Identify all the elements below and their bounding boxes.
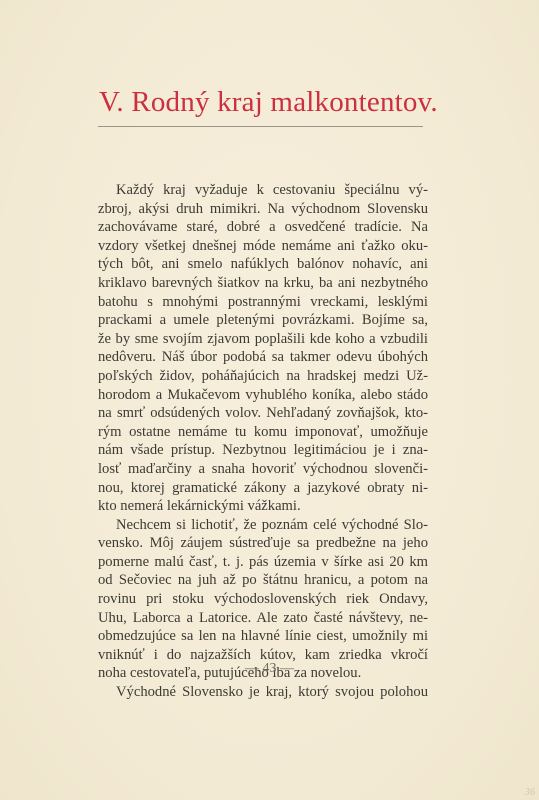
text-line: vzdory všetkej dnešnej móde nemáme ani ť… [98, 237, 428, 256]
body-text: Každý kraj vyžaduje k cestovaniu špeciál… [98, 181, 428, 702]
text-line: prackami a umele pletenými povrázkami. B… [98, 311, 428, 330]
text-line: kriklavo barevných šiatkov na krku, ba a… [98, 274, 428, 293]
text-line: nedôveru. Náš úbor podobá sa takmer odev… [98, 348, 428, 367]
chapter-title: V. Rodný kraj malkontentov. [99, 84, 439, 120]
title-divider [98, 126, 423, 127]
text-line: zachovávame staré, dobré a osvedčené tra… [98, 218, 428, 237]
text-line: Uhu, Laborca a Latorice. Ale zato časté … [98, 609, 428, 628]
paragraph-2: Nechcem si lichotiť, že poznám celé vých… [98, 516, 428, 683]
text-line: obmedzujúce sa len na hlavné línie ciest… [98, 627, 428, 646]
text-line: kto nemerá lekárnickými vážkami. [98, 497, 428, 516]
text-line: od Sečoviec na juh až po štátnu hranicu,… [98, 571, 428, 590]
text-line: tých bôt, ani smelo nafúklych balónov no… [98, 255, 428, 274]
margin-pencil-mark: 36 [525, 787, 535, 798]
text-line: zbroj, akýsi druh mimikri. Na východnom … [98, 200, 428, 219]
text-line: batohu s mnohými postrannými vreckami, l… [98, 293, 428, 312]
text-line: vensko. Môj záujem sústreďuje sa predbež… [98, 534, 428, 553]
text-line: že by sme svojím zjavom poplašili kde ko… [98, 330, 428, 349]
text-line: nou, ktorej gramatické zákony a jazykové… [98, 479, 428, 498]
page-number: — 43 — [0, 661, 539, 677]
text-line: poľských židov, poháňajúcich na hradskej… [98, 367, 428, 386]
text-line: Nechcem si lichotiť, že poznám celé vých… [98, 516, 428, 535]
text-line: rovinu pri stoku východoslovenských riek… [98, 590, 428, 609]
text-line: losť maďarčiny a snaha hovoriť východnou… [98, 460, 428, 479]
text-line: Východné Slovensko je kraj, ktorý svojou… [98, 683, 428, 702]
text-line: na smrť odsúdených volov. Nehľadaný zovň… [98, 404, 428, 423]
text-line: pomerne malú časť, t. j. pás územia v ší… [98, 553, 428, 572]
text-line: horodom a Mukačevom vyhublého koníka, al… [98, 386, 428, 405]
book-page: V. Rodný kraj malkontentov. Každý kraj v… [0, 0, 539, 800]
text-line: Každý kraj vyžaduje k cestovaniu špeciál… [98, 181, 428, 200]
text-line: nám všade prístup. Nezbytnou legitimácio… [98, 441, 428, 460]
text-line: rým ostatne nemáme tu komu imponovať, um… [98, 423, 428, 442]
paragraph-1: Každý kraj vyžaduje k cestovaniu špeciál… [98, 181, 428, 516]
paragraph-3: Východné Slovensko je kraj, ktorý svojou… [98, 683, 428, 702]
